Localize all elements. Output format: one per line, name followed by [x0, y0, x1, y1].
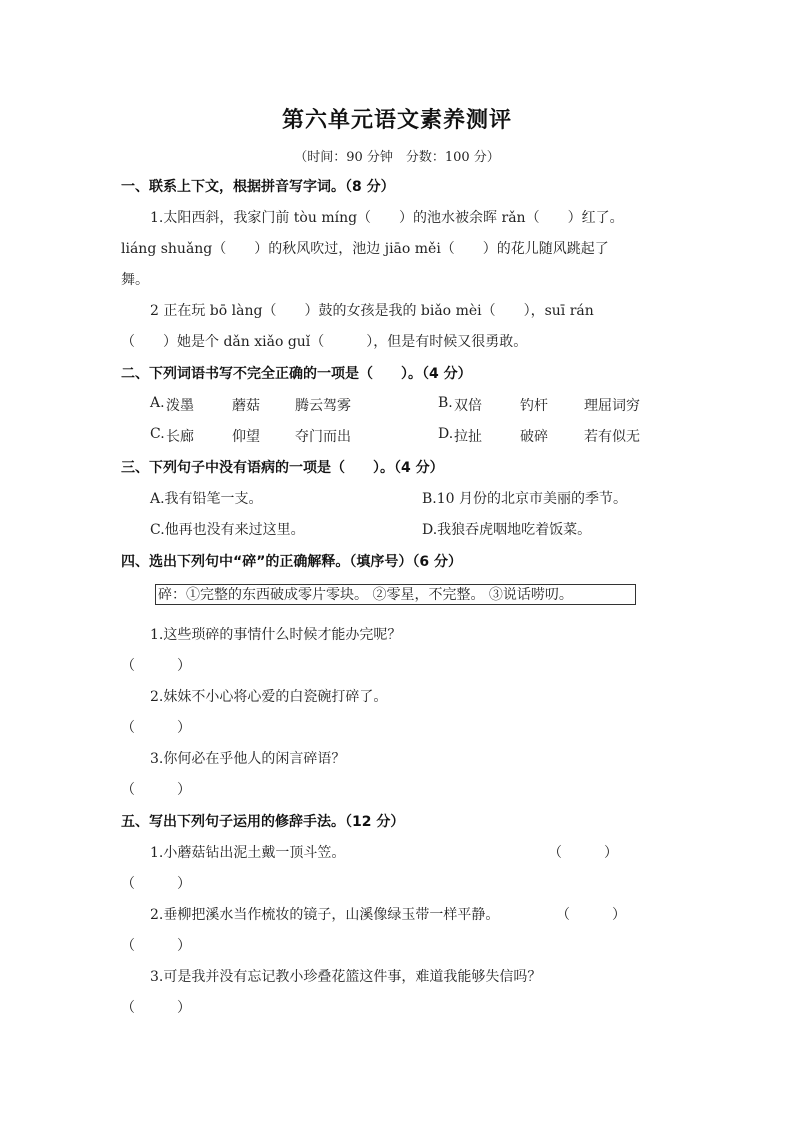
section-1-line-5: （ ）她是个 dǎn xiǎo guǐ（ ），但是有时候又很勇敢。 [121, 331, 527, 351]
section-1-heading: 一、联系上下文，根据拼音写字词。（8 分） [121, 176, 395, 196]
section-4-heading: 四、选出下列句中“碎”的正确解释。（填序号）（6 分） [121, 551, 462, 571]
option-c-word-2: 仰望 [232, 426, 260, 446]
option-a-label: A. [150, 395, 165, 411]
section-1-line-1: 1.太阳西斜，我家门前 tòu míng（ ）的池水被余晖 rǎn（ ）红了。 [150, 207, 624, 227]
section-5-item-3: 3.可是我并没有忘记教小珍叠花篮这件事，难道我能够失信吗？ [150, 966, 541, 986]
option-b-word-2: 钓杆 [520, 395, 548, 415]
option-b: B.10 月份的北京市美丽的季节。 [422, 488, 627, 508]
option-b-label: B. [438, 395, 453, 411]
option-d: D.我狼吞虎咽地吃着饭菜。 [422, 519, 591, 539]
section-5-item-1: 1.小蘑菇钻出泥土戴一顶斗笠。 [150, 842, 345, 862]
section-5-answer-2[interactable]: （ ） [121, 935, 191, 955]
section-4-answer-2[interactable]: （ ） [121, 717, 191, 737]
option-d-word-1: 拉扯 [454, 426, 482, 446]
option-a-word-3: 腾云驾雾 [295, 395, 351, 415]
exam-info: （时间：90 分钟 分数：100 分） [0, 146, 794, 165]
section-1-line-3: 舞。 [121, 269, 149, 289]
section-5-item-2: 2.垂柳把溪水当作梳妆的镜子，山溪像绿玉带一样平静。 [150, 904, 499, 924]
section-5-answer-1[interactable]: （ ） [121, 873, 191, 893]
section-1-line-4: 2 正在玩 bō làng（ ）鼓的女孩是我的 biǎo mèi（ ），suī … [150, 300, 594, 320]
section-4-item-1: 1.这些琐碎的事情什么时候才能办完呢？ [150, 624, 401, 644]
option-c-word-3: 夺门而出 [295, 426, 351, 446]
option-a-word-1: 泼墨 [166, 395, 194, 415]
option-d-label: D. [438, 426, 453, 442]
option-d-word-2: 破碎 [520, 426, 548, 446]
section-3-heading: 三、下列句子中没有语病的一项是（ ）。（4 分） [121, 457, 444, 477]
option-c: C.他再也没有来过这里。 [150, 519, 305, 539]
section-4-answer-1[interactable]: （ ） [121, 655, 191, 675]
section-5-answer-3[interactable]: （ ） [121, 997, 191, 1017]
section-1-line-2: liáng shuǎng（ ）的秋风吹过，池边 jiāo měi（ ）的花儿随风… [121, 238, 609, 258]
option-a-word-2: 蘑菇 [232, 395, 260, 415]
option-b-word-3: 理屈词穷 [584, 395, 640, 415]
section-4-item-3: 3.你何必在乎他人的闲言碎语？ [150, 748, 345, 768]
section-4-answer-3[interactable]: （ ） [121, 779, 191, 799]
section-5-inline-answer-1[interactable]: （ ） [548, 842, 618, 862]
option-a: A.我有铅笔一支。 [150, 488, 263, 508]
option-d-word-3: 若有似无 [584, 426, 640, 446]
option-c-label: C. [150, 426, 165, 442]
definition-box: 碎：①完整的东西破成零片零块。 ②零星，不完整。 ③说话唠叨。 [155, 584, 636, 605]
section-2-heading: 二、下列词语书写不完全正确的一项是（ ）。（4 分） [121, 363, 472, 383]
page-title: 第六单元语文素养测评 [0, 103, 794, 134]
option-c-word-1: 长廊 [166, 426, 194, 446]
section-5-heading: 五、写出下列句子运用的修辞手法。（12 分） [121, 811, 404, 831]
section-5-inline-answer-2[interactable]: （ ） [556, 904, 626, 924]
section-4-item-2: 2.妹妹不小心将心爱的白瓷碗打碎了。 [150, 686, 387, 706]
option-b-word-1: 双倍 [454, 395, 482, 415]
